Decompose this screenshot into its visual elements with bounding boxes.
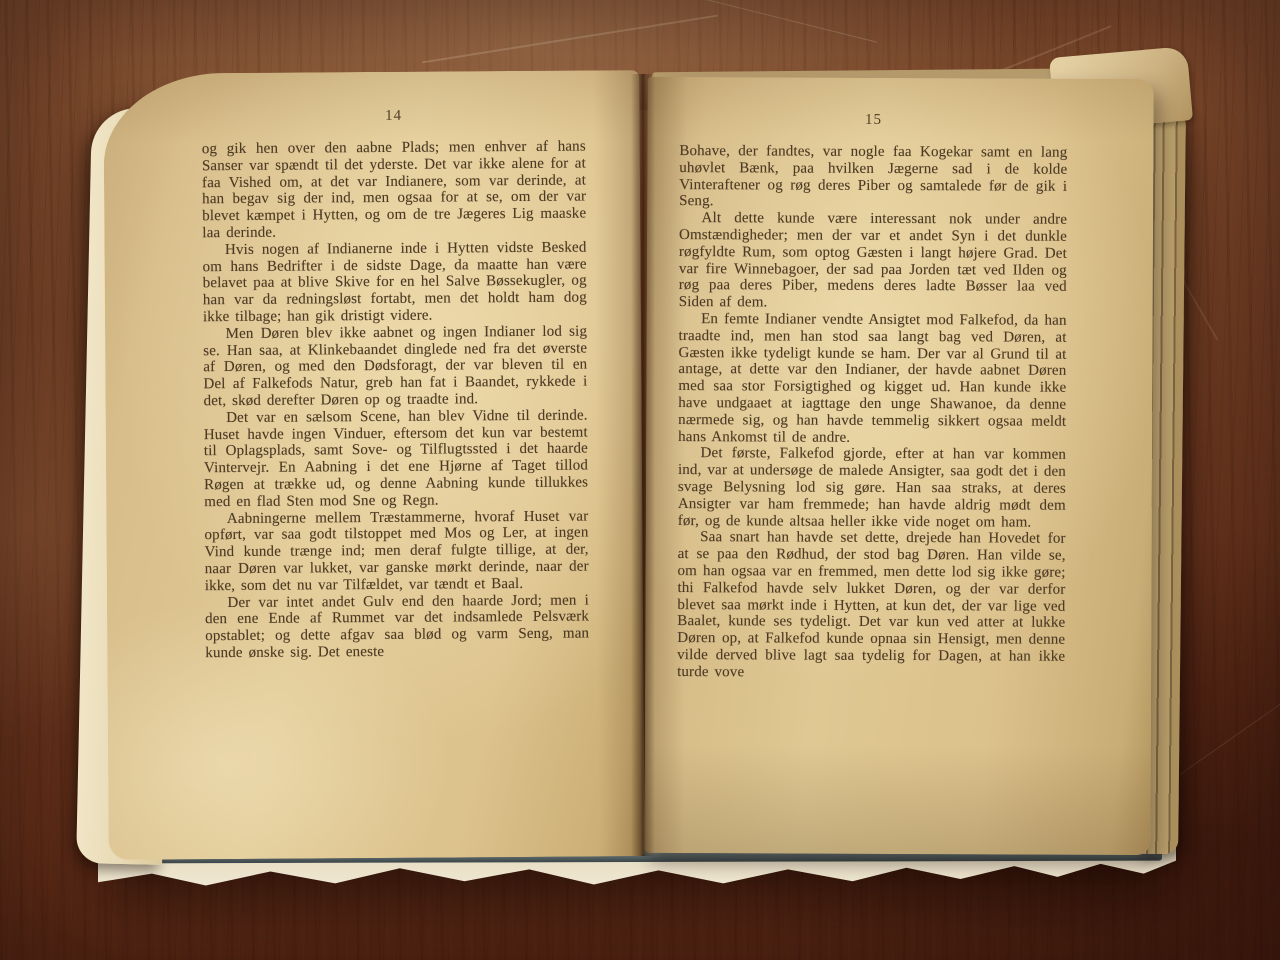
paragraph: Alt dette kunde være interessant nok und…	[679, 210, 1067, 312]
paragraph: En femte Indianer vendte Ansigtet mod Fa…	[678, 311, 1067, 447]
paragraph: Bohave, der fandtes, var nogle faa Kogek…	[679, 143, 1067, 212]
paragraph: Hvis nogen af Indianerne inde i Hytten v…	[202, 239, 587, 326]
page-number-right: 15	[679, 111, 1067, 130]
page-number-left: 14	[202, 107, 586, 127]
paragraph: Det første, Falkefod gjorde, efter at ha…	[678, 445, 1066, 531]
paragraph: Men Døren blev ikke aabnet og ingen Indi…	[203, 323, 588, 410]
table-scratch	[703, 0, 878, 43]
left-page: 14 og gik hen over den aabne Plads; men …	[103, 70, 644, 860]
paragraph: og gik hen over den aabne Plads; men enh…	[202, 139, 587, 242]
book-spine-gutter	[631, 74, 655, 856]
right-page: 15 Bohave, der fandtes, var nogle faa Ko…	[644, 77, 1153, 855]
photo-open-book-on-table: 14 og gik hen over den aabne Plads; men …	[0, 0, 1280, 960]
table-scratch	[422, 15, 719, 64]
right-page-text: 15 Bohave, der fandtes, var nogle faa Ko…	[677, 111, 1067, 682]
paragraph: Aabningerne mellem Træstammerne, hvoraf …	[204, 508, 589, 595]
paragraph: Saa snart han havde set dette, drejede h…	[677, 529, 1066, 682]
paragraph: Det var en sælsom Scene, han blev Vidne …	[204, 407, 589, 510]
left-page-text: 14 og gik hen over den aabne Plads; men …	[202, 107, 590, 662]
paragraph: Der var intet andet Gulv end den haarde …	[205, 592, 589, 662]
